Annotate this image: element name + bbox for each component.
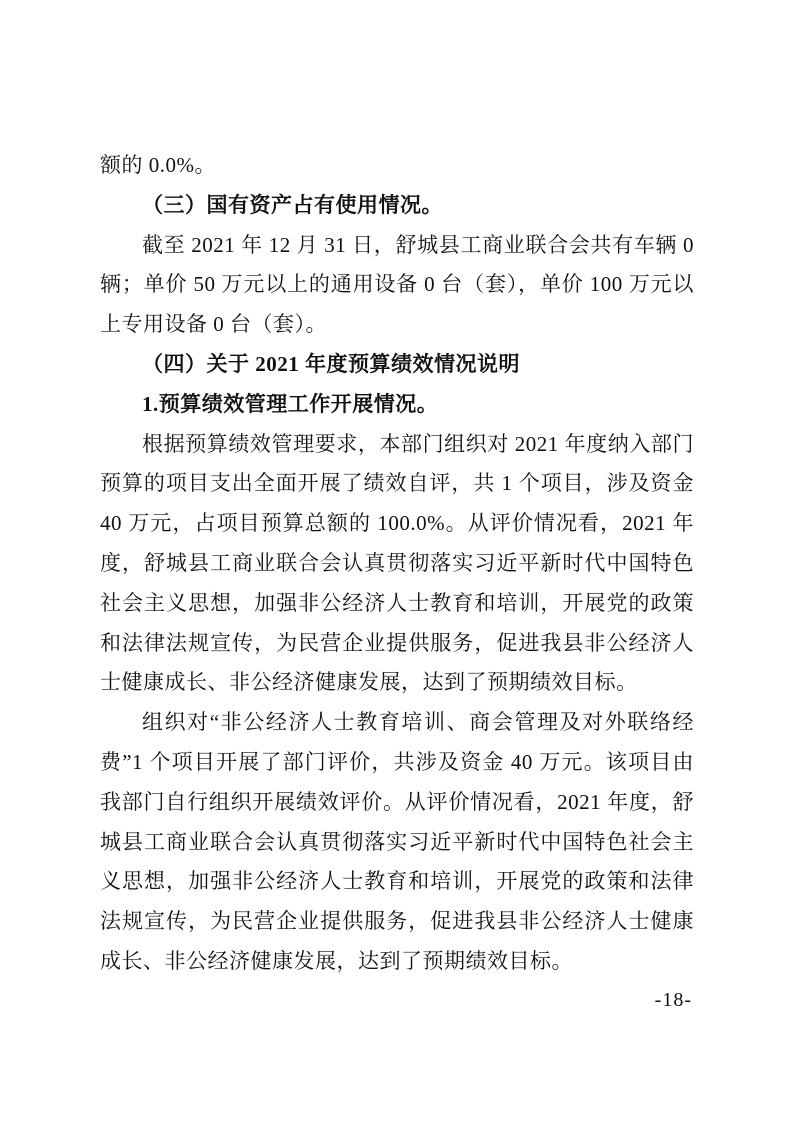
page-number: -18-: [655, 986, 692, 1014]
paragraph-department-evaluation: 组织对“非公经济人士教育培训、商会管理及对外联络经费”1 个项目开展了部门评价，…: [100, 703, 694, 982]
section-heading-budget-performance: （四）关于 2021 年度预算绩效情况说明: [100, 345, 694, 385]
subsection-heading-performance-management: 1.预算绩效管理工作开展情况。: [100, 385, 694, 425]
paragraph-continuation-asset-share: 额的 0.0%。: [100, 146, 694, 186]
document-page: 额的 0.0%。 （三）国有资产占有使用情况。 截至 2021 年 12 月 3…: [0, 0, 793, 1122]
paragraph-state-assets-detail: 截至 2021 年 12 月 31 日，舒城县工商业联合会共有车辆 0 辆；单价…: [100, 226, 694, 345]
paragraph-self-evaluation: 根据预算绩效管理要求，本部门组织对 2021 年度纳入部门预算的项目支出全面开展…: [100, 425, 694, 704]
document-body: 额的 0.0%。 （三）国有资产占有使用情况。 截至 2021 年 12 月 3…: [100, 146, 694, 982]
section-heading-state-assets: （三）国有资产占有使用情况。: [100, 186, 694, 226]
